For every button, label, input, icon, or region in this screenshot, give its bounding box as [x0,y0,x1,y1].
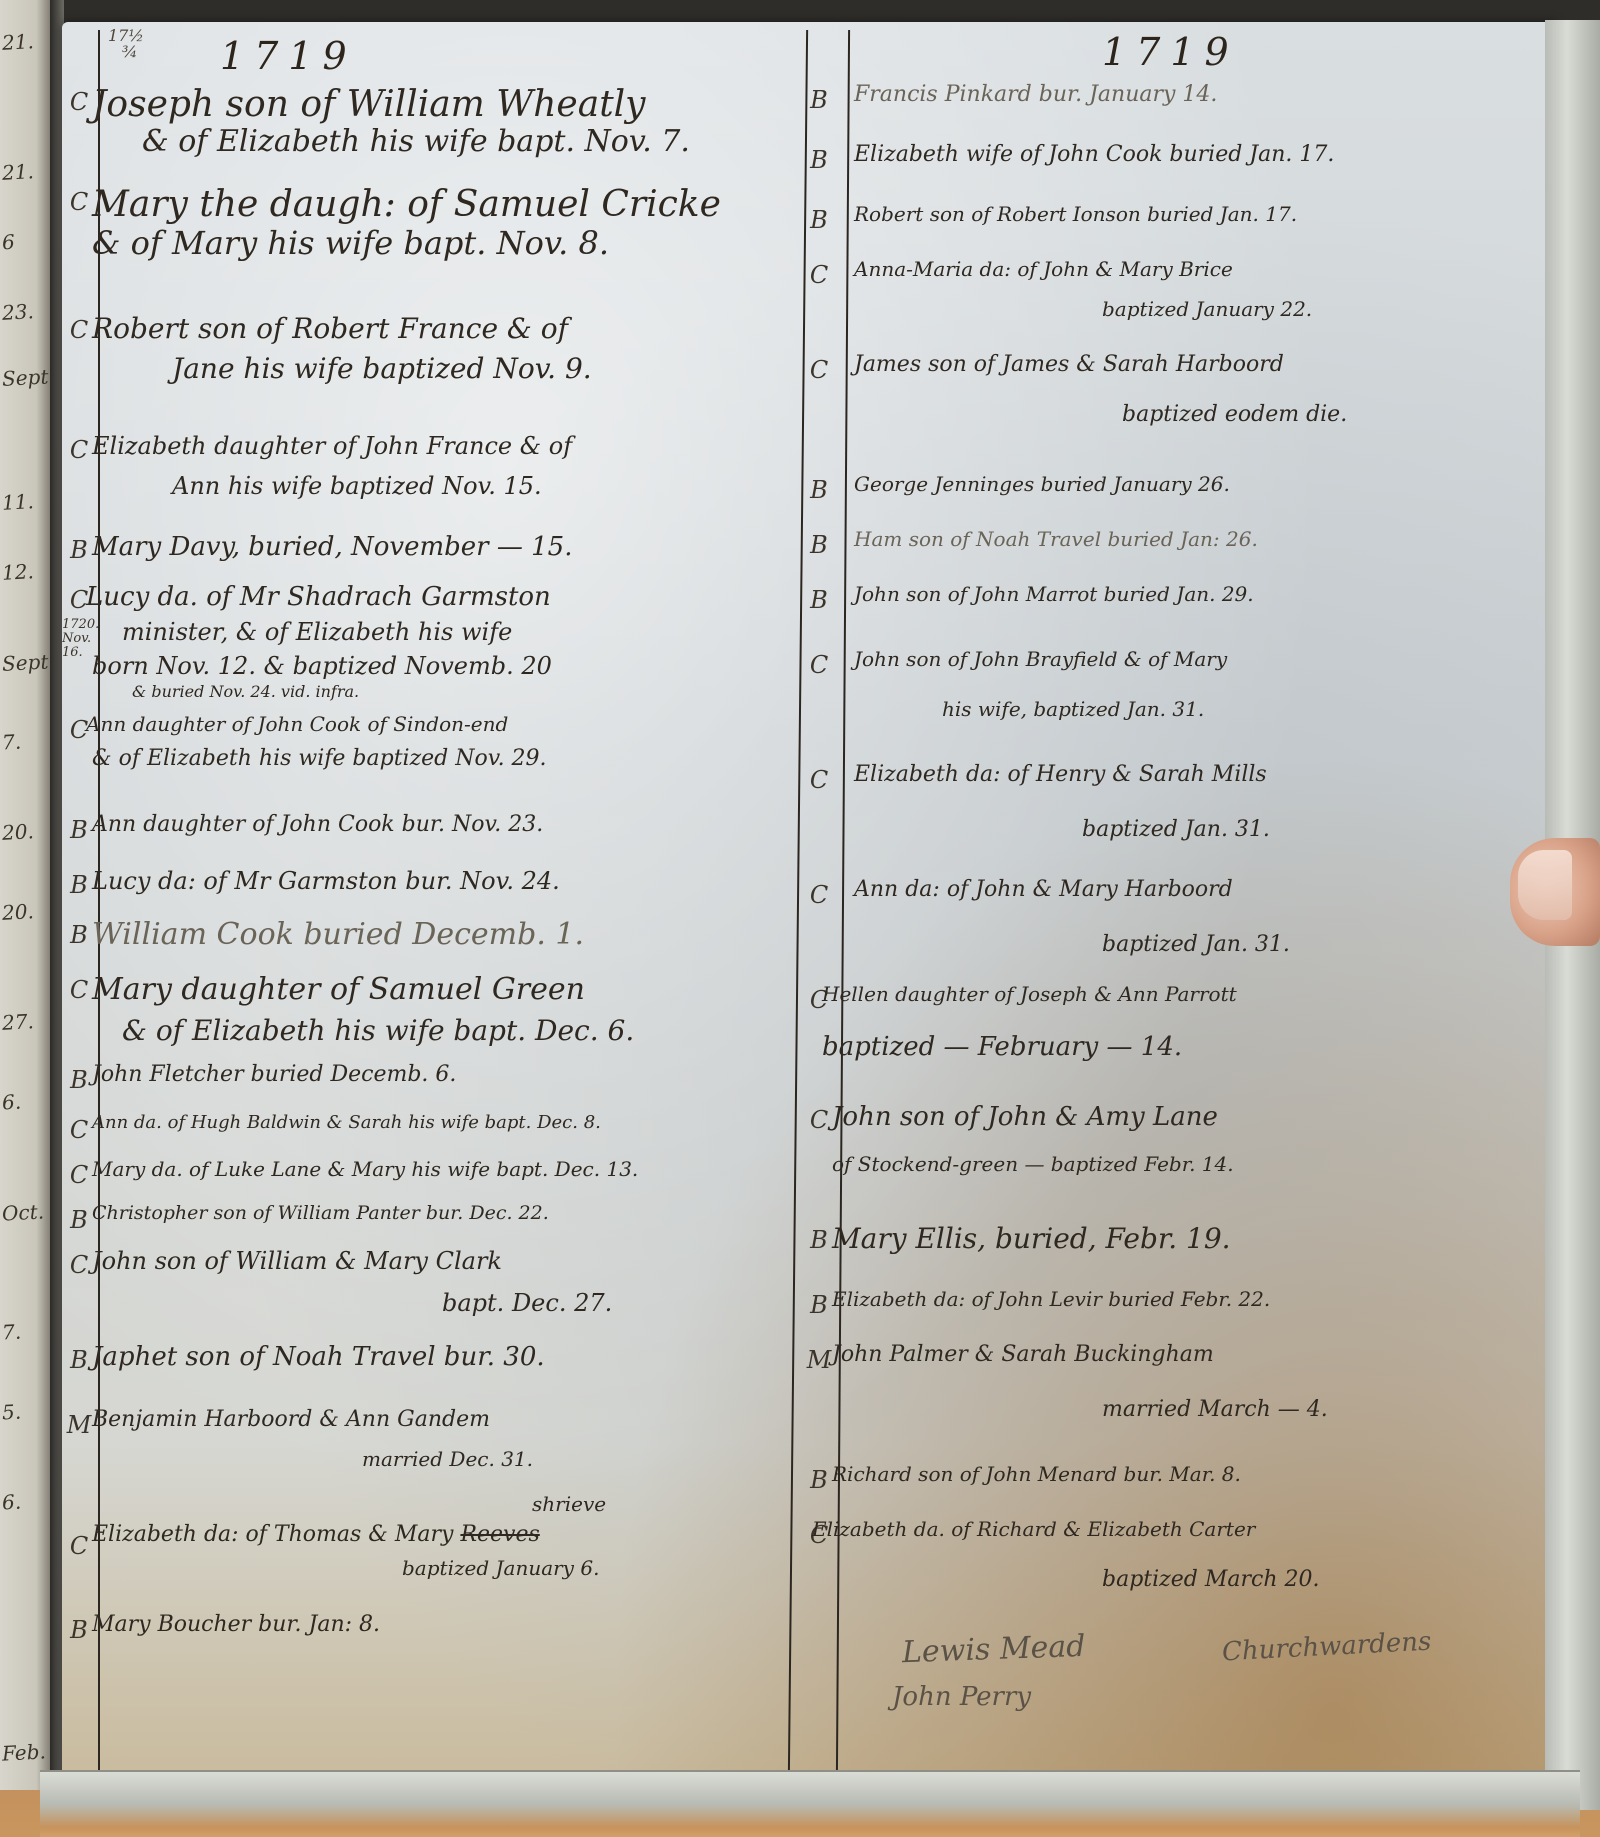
prev-page-fragment: 5. [1,1400,21,1425]
prev-page-fragment: 6. [1,1490,21,1515]
entry-line: Joseph son of William Wheatly [92,84,646,125]
entry-type-code: B [806,586,832,614]
prev-page-fragment: Feb. 2 [1,1738,52,1765]
entry-line: John Fletcher buried Decemb. 6. [92,1062,456,1087]
entry-line: baptized Jan. 31. [1082,817,1270,842]
entry-type-code: B [66,1206,92,1234]
struck-word: Reeves [460,1522,539,1547]
entry-line: George Jenninges buried January 26. [854,472,1230,496]
entry-type-code: C [806,766,832,794]
prev-page-fragment: Sept. 2 [1,648,52,676]
entry-line: Ann daughter of John Cook of Sindon-end [86,712,508,736]
prev-page-fragment: 21. [1,29,34,55]
entry-line: Elizabeth da. of Richard & Elizabeth Car… [812,1517,1255,1541]
entry-type-code: B [806,531,832,559]
entry-line: baptized eodem die. [1122,402,1347,427]
entry-line: of Stockend-green — baptized Febr. 14. [832,1152,1234,1176]
prev-page-fragment: 21. [1,159,34,185]
left-page: 17½ ¾ 1719 CJoseph son of William Wheatl… [62,22,802,1800]
entry-line: & of Elizabeth his wife bapt. Nov. 7. [142,124,690,159]
entry-line: Mary Boucher bur. Jan: 8. [92,1612,380,1637]
prev-page-fragment: 20. [1,819,34,845]
entry-type-code: B [66,816,92,844]
entry-type-code: B [806,86,832,114]
entry-type-code: C [66,436,92,464]
entry-type-code: B [66,1346,92,1374]
entry-type-code: B [806,206,832,234]
entry-line: Mary Ellis, buried, Febr. 19. [832,1222,1231,1255]
entry-line: William Cook buried Decemb. 1. [92,917,584,952]
entry-line: John son of John Marrot buried Jan. 29. [854,582,1254,606]
prev-page-fragment: 7. [1,730,21,755]
thumb-nail [1518,850,1572,920]
entry-line: Christopher son of William Panter bur. D… [92,1202,549,1224]
signature-churchwardens: Churchwardens [1221,1627,1432,1668]
prev-page-fragment: 12. [1,559,34,585]
entry-line: Anna-Maria da: of John & Mary Brice [854,257,1233,281]
prev-page-fragment: 20. [1,899,34,925]
margin-note-line: 1720. [62,618,99,632]
entry-line: & of Mary his wife bapt. Nov. 8. [92,224,609,262]
entry-line: Jane his wife baptized Nov. 9. [172,352,592,385]
entry-line: Ham son of Noah Travel buried Jan: 26. [854,527,1258,551]
entry-type-code: B [806,476,832,504]
entry-type-code: B [66,871,92,899]
prev-page-fragment: 23. [1,299,34,325]
signature-john-perry: John Perry [892,1682,1031,1712]
entry-line: Benjamin Harboord & Ann Gandem [92,1407,490,1432]
page-year: 1719 [1102,30,1239,74]
entry-line: Elizabeth da: of John Levir buried Febr.… [832,1287,1270,1311]
entry-type-code: B [806,1291,832,1319]
entry-line: baptized March 20. [1102,1567,1319,1592]
prev-page-fragment: 6. [1,1090,21,1115]
entry-line: Ann daughter of John Cook bur. Nov. 23. [92,812,543,837]
prev-page-fragment: 11. [1,489,34,515]
entry-line: John son of John Brayfield & of Mary [854,647,1227,671]
entry-line: his wife, baptized Jan. 31. [942,697,1204,721]
entry-type-code: C [806,1106,832,1134]
entry-type-code: C [66,976,92,1004]
entry-type-code: C [806,261,832,289]
prev-page-fragment: Oct. 3 [1,1198,52,1225]
entry-line: Elizabeth da: of Henry & Sarah Mills [854,762,1267,787]
entry-line: James son of James & Sarah Harboord [854,352,1284,377]
folio-note: 17½ ¾ [108,28,144,60]
entry-line: Robert son of Robert France & of [92,312,568,345]
entry-line: John son of John & Amy Lane [832,1102,1218,1132]
prev-page-fragment: 7. [1,1320,21,1345]
page-year: 1719 [220,34,357,78]
entry-type-code: C [66,316,92,344]
entry-line: married Dec. 31. [362,1447,533,1471]
folio-note-line: ¾ [108,44,144,60]
entry-line: & of Elizabeth his wife bapt. Dec. 6. [122,1014,634,1047]
entry-type-code: C [66,1161,92,1189]
entry-type-code: C [806,881,832,909]
margin-note-line: Nov. 16. [62,632,99,660]
entry-type-code: B [806,146,832,174]
prev-page-fragment: 6 [1,230,15,255]
entry-line: Elizabeth wife of John Cook buried Jan. … [854,142,1334,167]
entry-type-code: B [66,1616,92,1644]
entry-line: Japhet son of Noah Travel bur. 30. [92,1342,545,1372]
entry-line: minister, & of Elizabeth his wife [122,618,512,646]
entry-line: Richard son of John Menard bur. Mar. 8. [832,1462,1241,1486]
entry-type-code: C [66,188,92,216]
entry-line: Ann da: of John & Mary Harboord [854,877,1233,902]
entry-line: Francis Pinkard bur. January 14. [854,82,1217,107]
entry-type-code: B [806,1466,832,1494]
signature-lewis-mead: Lewis Mead [901,1629,1086,1670]
entry-line: Ann his wife baptized Nov. 15. [172,472,542,500]
entry-type-code: M [806,1346,832,1374]
entry-line: Hellen daughter of Joseph & Ann Parrott [822,982,1237,1006]
entry-line: John Palmer & Sarah Buckingham [832,1342,1214,1367]
entry-line: married March — 4. [1102,1397,1328,1422]
right-page: 1719 BFrancis Pinkard bur. January 14.BE… [802,22,1557,1800]
entry-type-code: C [66,1532,92,1560]
entry-type-code: C [66,88,92,116]
entry-line: & buried Nov. 24. vid. infra. [132,682,359,701]
entry-line: Mary the daugh: of Samuel Cricke [92,184,721,225]
entry-line: Lucy da. of Mr Shadrach Garmston [86,582,551,612]
register-spread: 17½ ¾ 1719 CJoseph son of William Wheatl… [62,22,1557,1800]
entry-type-code: B [66,536,92,564]
page-bottom-fold [40,1770,1580,1837]
entry-line: bapt. Dec. 27. [442,1289,612,1317]
entry-type-code: C [66,1251,92,1279]
entry-line: baptized — February — 14. [822,1032,1182,1062]
prev-page-fragment: Sept. 6 [1,363,52,391]
entry-line: & of Elizabeth his wife baptized Nov. 29… [92,746,547,771]
entry-line: Elizabeth da: of Thomas & Mary Reeves [92,1522,540,1547]
entry-line: Mary da. of Luke Lane & Mary his wife ba… [92,1157,638,1181]
entry-line: shrieve [532,1492,606,1516]
prev-page-fragment: 27. [1,1009,34,1035]
entry-line: Elizabeth daughter of John France & of [92,432,572,460]
entry-line: John son of William & Mary Clark [92,1247,502,1275]
entry-line: Mary daughter of Samuel Green [92,972,585,1007]
previous-page-edge: 21.21.623.Sept. 611.12.Sept. 27.20.20.27… [0,0,52,1790]
entry-line: Ann da. of Hugh Baldwin & Sarah his wife… [92,1112,601,1133]
entry-line: baptized Jan. 31. [1102,932,1290,957]
entry-type-code: C [806,651,832,679]
entry-line: Mary Davy, buried, November — 15. [92,532,572,562]
entry-line: born Nov. 12. & baptized Novemb. 20 [92,652,552,680]
entry-line: Lucy da: of Mr Garmston bur. Nov. 24. [92,867,560,895]
entry-type-code: C [806,356,832,384]
margin-note: 1720.Nov. 16. [62,618,99,660]
entry-type-code: B [66,1066,92,1094]
entry-line: baptized January 22. [1102,297,1312,321]
entry-type-code: M [66,1411,92,1439]
entry-line: Robert son of Robert Ionson buried Jan. … [854,202,1297,226]
entry-type-code: B [806,1226,832,1254]
entry-line: baptized January 6. [402,1556,599,1580]
entry-type-code: B [66,921,92,949]
entry-type-code: C [66,1116,92,1144]
